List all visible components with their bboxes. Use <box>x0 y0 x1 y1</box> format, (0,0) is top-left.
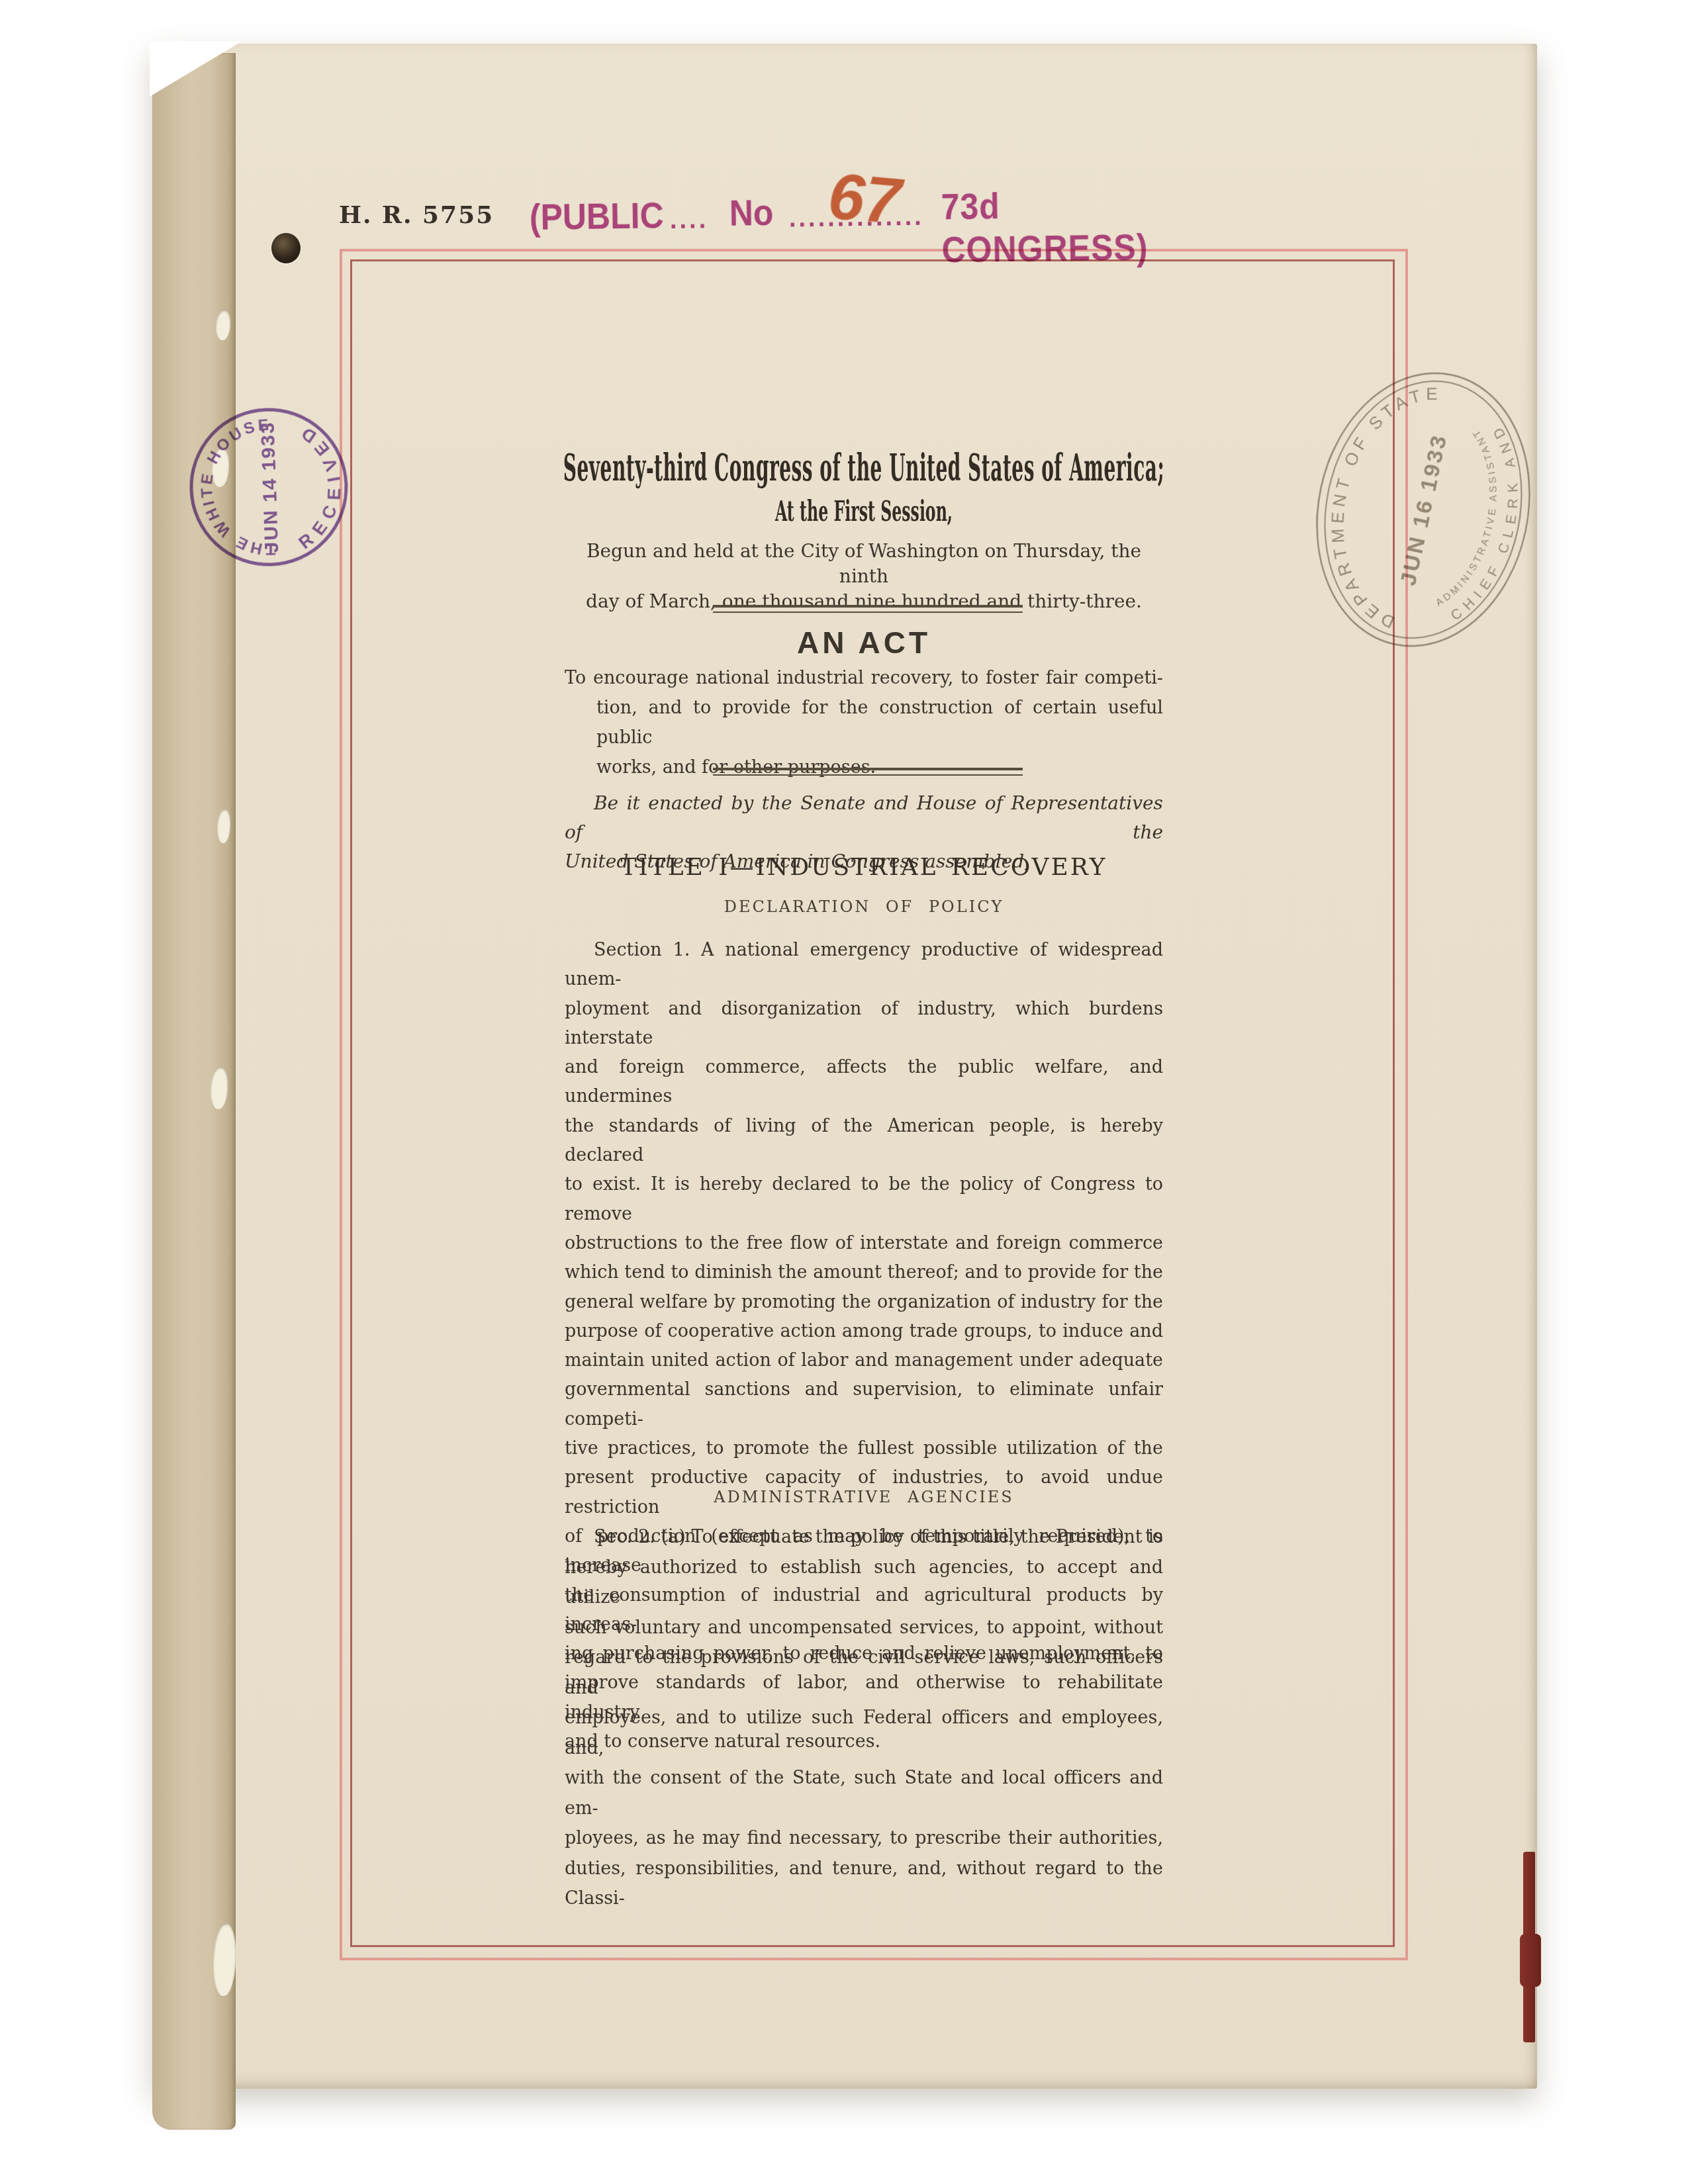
text-line: employees, and to utilize such Federal o… <box>565 1703 1163 1763</box>
double-rule <box>713 605 1023 613</box>
text-line: regard to the provisions of the civil se… <box>565 1643 1163 1703</box>
text-line: ployment and disorganization of industry… <box>565 995 1163 1054</box>
stamp-arc-bottom-text: RECEIVED <box>291 418 347 553</box>
bill-number: H. R. 5755 <box>339 201 494 229</box>
text-line: general welfare by promoting the organiz… <box>565 1288 1163 1317</box>
session-heading: At the First Session, <box>645 495 1082 528</box>
stamp-text-no: No <box>729 191 774 234</box>
section-2-text: Sec. 2. (a) To effectuate the policy of … <box>565 1522 1163 1914</box>
text-line: obstructions to the free flow of interst… <box>565 1229 1163 1258</box>
text-line: which tend to diminish the amount thereo… <box>565 1258 1163 1287</box>
text-line: Begun and held at the City of Washington… <box>565 539 1163 589</box>
stamp-text-public: (PUBLIC <box>529 194 664 239</box>
text-line: and foreign commerce, affects the public… <box>565 1053 1163 1112</box>
text-line: such voluntary and uncompensated service… <box>565 1613 1163 1643</box>
book-spine-edge-blob <box>1520 1934 1541 1987</box>
text-line: To encourage national industrial recover… <box>565 663 1163 693</box>
declaration-of-policy-heading: DECLARATION OF POLICY <box>565 897 1163 916</box>
white-house-received-stamp: THE WHITE HOUSE RECEIVED JUN 14 1933 <box>183 402 355 573</box>
congress-heading: Seventy-third Congress of the United Sta… <box>549 446 1178 490</box>
text-line: maintain united action of labor and mana… <box>565 1346 1163 1375</box>
text-line: to exist. It is hereby declared to be th… <box>565 1170 1163 1229</box>
act-purpose: To encourage national industrial recover… <box>565 663 1163 782</box>
text-line: Be it enacted by the Senate and House of… <box>565 789 1163 847</box>
text-line: duties, responsibilities, and tenure, an… <box>565 1854 1163 1914</box>
text-line: the standards of living of the American … <box>565 1112 1163 1171</box>
an-act-heading: AN ACT <box>565 625 1163 660</box>
public-law-number-stamp: (PUBLIC .... No .............. 67 73d CO… <box>529 182 1198 264</box>
scanned-document-page: H. R. 5755 (PUBLIC .... No .............… <box>0 0 1688 2184</box>
punch-hole <box>271 233 301 263</box>
stamp-text-congress: 73d CONGRESS) <box>941 181 1199 271</box>
received-stamp-graphic: THE WHITE HOUSE RECEIVED JUN 14 1933 <box>183 402 355 573</box>
text-line: ployees, as he may find necessary, to pr… <box>565 1823 1163 1854</box>
text-line: Section 1. A national emergency producti… <box>565 936 1163 995</box>
text-line: tive practices, to promote the fullest p… <box>565 1434 1163 1463</box>
text-line: hereby authorized to establish such agen… <box>565 1553 1163 1613</box>
text-line: Sec. 2. (a) To effectuate the policy of … <box>565 1522 1163 1553</box>
administrative-agencies-heading: ADMINISTRATIVE AGENCIES <box>565 1488 1163 1506</box>
begun-held-text: Begun and held at the City of Washington… <box>565 539 1163 614</box>
double-rule <box>713 768 1023 776</box>
handwritten-law-number: 67 <box>825 158 904 239</box>
title-i-heading: TITLE I—INDUSTRIAL RECOVERY <box>565 854 1163 881</box>
stamp-date: JUN 14 1933 <box>257 421 283 553</box>
text-line: with the consent of the State, such Stat… <box>565 1763 1163 1823</box>
text-line: tion, and to provide for the constructio… <box>565 693 1163 752</box>
stamp-dots: .... <box>670 206 709 235</box>
text-line: governmental sanctions and supervision, … <box>565 1375 1163 1434</box>
stamp-date: JUN 16 1933 <box>1395 432 1452 588</box>
text-line: purpose of cooperative action among trad… <box>565 1317 1163 1346</box>
